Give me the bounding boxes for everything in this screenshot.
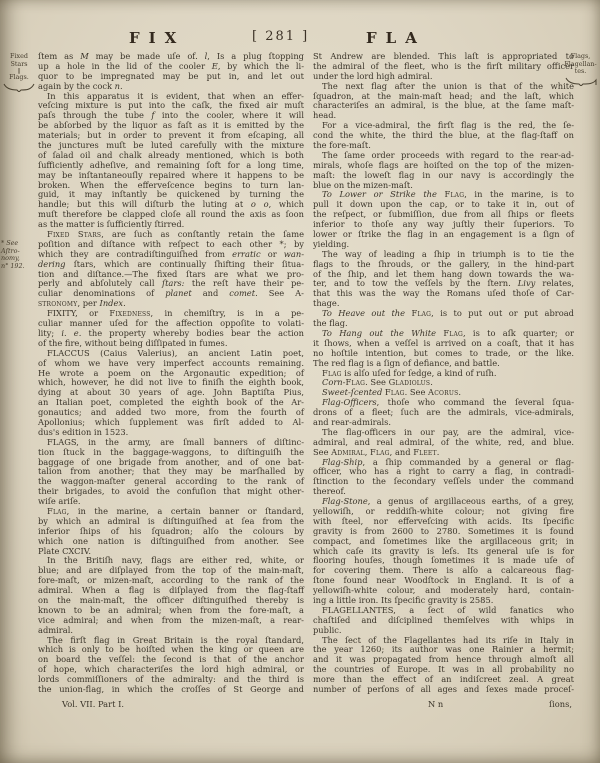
margin-note-left-top: Fixed Stars ‖ Flags.: [2, 53, 36, 92]
text-column-left: ſtem as M may be made uſe of. l, Is a pl…: [38, 52, 304, 695]
text-line: the union-flag, in which the croſſes of …: [38, 685, 304, 695]
signature-mark: N n: [428, 699, 443, 709]
page-number: [ 281 ]: [252, 29, 309, 44]
text-line: that this was the way the Romans uſed th…: [313, 289, 574, 299]
margin-note-line: * See Aſtro-: [1, 240, 36, 255]
brace-icon: [3, 83, 35, 92]
margin-note-left-mid: * See Aſtro- nomy, n° 192.: [1, 240, 36, 270]
margin-note-line: Flags.: [2, 74, 36, 82]
margin-note-line: Fixed Stars: [2, 53, 36, 68]
header-left-title: FIX: [129, 29, 185, 47]
text-line: number of perſons of all ages and ſexes …: [313, 685, 574, 695]
text-line: characteriſes an admiral, is the blue, a…: [313, 101, 574, 111]
text-line: ſtinction to the ſecondary veſſels under…: [313, 477, 574, 487]
book-page: FIX [ 281 ] FLA Fixed Stars ‖ Flags. * S…: [0, 0, 600, 763]
text-column-right: St Andrew are blended. This laſt is appr…: [313, 52, 574, 695]
text-line: To Heave out the Flag, is to put out or …: [313, 309, 574, 319]
catchword: ſions,: [549, 699, 572, 709]
text-line: lower or ſtrike the flag in an engagemen…: [313, 230, 574, 240]
text-line: chaſtiſed and diſciplined themſelves wit…: [313, 616, 574, 626]
margin-note-line: n° 192.: [1, 263, 36, 271]
volume-label: Vol. VII. Part I.: [62, 699, 124, 709]
text-line: vice admiral; and when from the mizen-ma…: [38, 616, 304, 626]
header-right-title: FLA: [366, 29, 426, 47]
